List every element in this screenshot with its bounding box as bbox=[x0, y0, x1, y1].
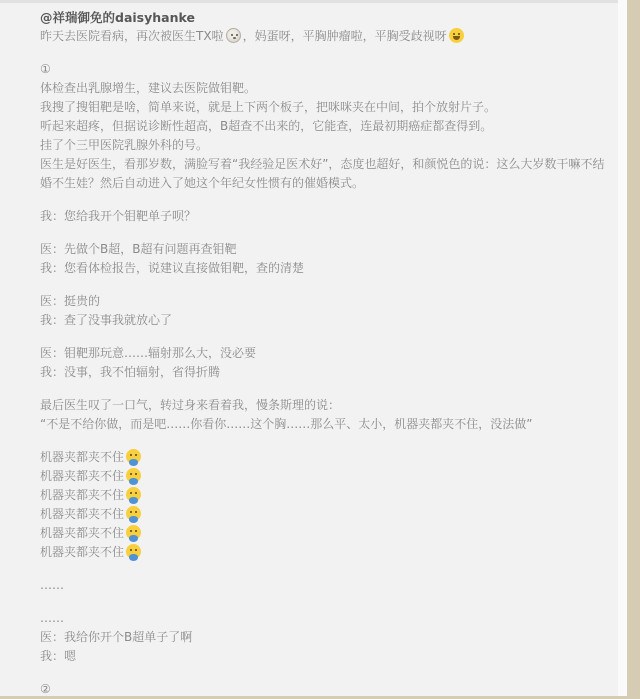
text-segment: 医：先做个B超，B超有问题再查钼靶 bbox=[40, 242, 236, 256]
text-segment: 机器夹都夹不住 bbox=[40, 526, 124, 540]
right-side-strip bbox=[627, 0, 640, 699]
username-link[interactable]: @祥瑞御免的daisyhanke bbox=[40, 8, 612, 27]
cry-emoji bbox=[126, 525, 141, 540]
post-line: 医：先做个B超，B超有问题再查钼靶 bbox=[40, 240, 612, 259]
cry-emoji bbox=[126, 449, 141, 464]
text-segment: 机器夹都夹不住 bbox=[40, 545, 124, 559]
text-segment: ② bbox=[40, 682, 51, 696]
post-line: 医：钼靶那玩意……辐射那么大，没必要 bbox=[40, 344, 612, 363]
joy-emoji bbox=[449, 28, 464, 43]
post-line: 我：嗯 bbox=[40, 647, 612, 666]
text-segment: 体检查出乳腺增生，建议去医院做钼靶。 bbox=[40, 81, 256, 95]
text-segment: 我：您看体检报告，说建议直接做钼靶，查的清楚 bbox=[40, 261, 304, 275]
cry-emoji bbox=[126, 468, 141, 483]
post-line: 我：没事，我不怕辐射，省得折腾 bbox=[40, 363, 612, 382]
post-line: ① bbox=[40, 60, 612, 79]
right-gutter bbox=[618, 0, 627, 699]
text-segment: 机器夹都夹不住 bbox=[40, 507, 124, 521]
text-segment: 医：挺贵的 bbox=[40, 294, 100, 308]
post-line: 挂了个三甲医院乳腺外科的号。 bbox=[40, 136, 612, 155]
post-line: 体检查出乳腺增生，建议去医院做钼靶。 bbox=[40, 79, 612, 98]
text-segment: “不是不给你做，而是吧……你看你……这个胸……那么平、太小，机器夹都夹不住，没法… bbox=[40, 417, 532, 431]
post-line: …… bbox=[40, 576, 612, 595]
text-segment: 昨天去医院看病，再次被医生TX啦 bbox=[40, 29, 224, 43]
text-segment: …… bbox=[40, 611, 64, 625]
text-segment: 医：我给你开个B超单子了啊 bbox=[40, 630, 192, 644]
text-segment: 我：查了没事我就放心了 bbox=[40, 313, 172, 327]
text-segment: 我搜了搜钼靶是啥，简单来说，就是上下两个板子，把咪咪夹在中间，拍个放射片子。 bbox=[40, 100, 496, 114]
post-line: “不是不给你做，而是吧……你看你……这个胸……那么平、太小，机器夹都夹不住，没法… bbox=[40, 415, 612, 434]
post-line: 机器夹都夹不住 bbox=[40, 505, 612, 524]
post-line: 机器夹都夹不住 bbox=[40, 467, 612, 486]
text-segment: 医：钼靶那玩意……辐射那么大，没必要 bbox=[40, 346, 256, 360]
cry-emoji bbox=[126, 506, 141, 521]
post-line: 医：挺贵的 bbox=[40, 292, 612, 311]
text-segment: 医生是好医生，看那岁数，满脸写着“我经验足医术好”，态度也超好，和颜悦色的说：这… bbox=[40, 157, 604, 190]
text-segment: 我：没事，我不怕辐射，省得折腾 bbox=[40, 365, 220, 379]
post-line: 昨天去医院看病，再次被医生TX啦，妈蛋呀，平胸肿瘤啦，平胸受歧视呀 bbox=[40, 27, 612, 46]
post-body: 昨天去医院看病，再次被医生TX啦，妈蛋呀，平胸肿瘤啦，平胸受歧视呀①体检查出乳腺… bbox=[40, 27, 612, 699]
post-line: 我搜了搜钼靶是啥，简单来说，就是上下两个板子，把咪咪夹在中间，拍个放射片子。 bbox=[40, 98, 612, 117]
cry-emoji bbox=[126, 487, 141, 502]
post-line: 机器夹都夹不住 bbox=[40, 448, 612, 467]
post-line: 我：您看体检报告，说建议直接做钼靶，查的清楚 bbox=[40, 259, 612, 278]
post-line: 机器夹都夹不住 bbox=[40, 486, 612, 505]
text-segment: 我：您给我开个钼靶单子呗？ bbox=[40, 209, 196, 223]
post-content: @祥瑞御免的daisyhanke 昨天去医院看病，再次被医生TX啦，妈蛋呀，平胸… bbox=[40, 8, 612, 699]
text-segment: 听起来超疼，但据说诊断性超高，B超查不出来的，它能查，连最初期癌症都查得到。 bbox=[40, 119, 492, 133]
text-segment: 机器夹都夹不住 bbox=[40, 469, 124, 483]
text-segment: ① bbox=[40, 62, 51, 76]
text-segment: …… bbox=[40, 578, 64, 592]
post-line: 听起来超疼，但据说诊断性超高，B超查不出来的，它能查，连最初期癌症都查得到。 bbox=[40, 117, 612, 136]
post-line: 机器夹都夹不住 bbox=[40, 524, 612, 543]
post-line: 最后医生叹了一口气，转过身来看着我，慢条斯理的说： bbox=[40, 396, 612, 415]
doge-emoji bbox=[226, 28, 241, 43]
post-line: 机器夹都夹不住 bbox=[40, 543, 612, 562]
cry-emoji bbox=[126, 544, 141, 559]
post-line: ② bbox=[40, 680, 612, 699]
text-segment: 机器夹都夹不住 bbox=[40, 450, 124, 464]
text-segment: 挂了个三甲医院乳腺外科的号。 bbox=[40, 138, 208, 152]
text-segment: 最后医生叹了一口气，转过身来看着我，慢条斯理的说： bbox=[40, 398, 340, 412]
post-line: 医：我给你开个B超单子了啊 bbox=[40, 628, 612, 647]
text-segment: 机器夹都夹不住 bbox=[40, 488, 124, 502]
top-shadow-strip bbox=[0, 0, 640, 3]
post-line: …… bbox=[40, 609, 612, 628]
text-segment: ，妈蛋呀，平胸肿瘤啦，平胸受歧视呀 bbox=[243, 29, 447, 43]
post-line: 医生是好医生，看那岁数，满脸写着“我经验足医术好”，态度也超好，和颜悦色的说：这… bbox=[40, 155, 612, 193]
text-segment: 我：嗯 bbox=[40, 649, 76, 663]
post-line: 我：您给我开个钼靶单子呗？ bbox=[40, 207, 612, 226]
post-line: 我：查了没事我就放心了 bbox=[40, 311, 612, 330]
